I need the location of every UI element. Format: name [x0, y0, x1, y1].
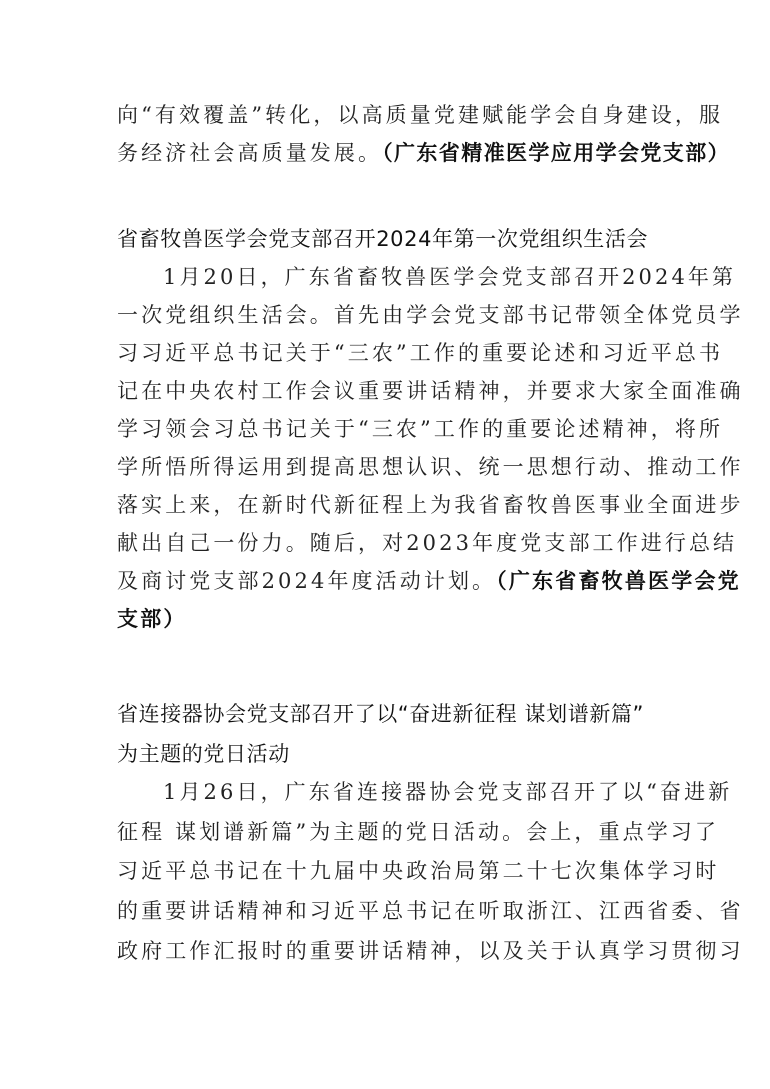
paragraph-line: 记在中央农村工作会议重要讲话精神，并要求大家全面准确: [117, 377, 657, 405]
paragraph-line: 务经济社会高质量发展。（广东省精准医学应用学会党支部）: [117, 139, 657, 167]
paragraph-line: 向“有效覆盖”转化，以高质量党建赋能学会自身建设，服: [117, 101, 657, 129]
paragraph-text: 务经济社会高质量发展。: [117, 141, 382, 165]
source-attribution: 支部）: [117, 605, 657, 633]
paragraph-line: 习近平总书记在十九届中央政治局第二十七次集体学习时: [117, 857, 657, 885]
paragraph-line: 政府工作汇报时的重要讲话精神，以及关于认真学习贯彻习: [117, 937, 657, 965]
paragraph-line: 的重要讲话精神和习近平总书记在听取浙江、江西省委、省: [117, 897, 657, 925]
paragraph-line: 及商讨党支部2024年度活动计划。（广东省畜牧兽医学会党: [117, 567, 657, 595]
paragraph-line: 献出自己一份力。随后，对2023年度党支部工作进行总结: [117, 529, 657, 557]
paragraph-line: 1月20日，广东省畜牧兽医学会党支部召开2024年第: [163, 263, 703, 291]
article-title: 省畜牧兽医学会党支部召开2024年第一次党组织生活会: [117, 225, 648, 253]
source-attribution: （广东省畜牧兽医学会党: [496, 569, 741, 593]
document-page: 向“有效覆盖”转化，以高质量党建赋能学会自身建设，服 务经济社会高质量发展。（广…: [0, 0, 770, 1089]
paragraph-line: 习习近平总书记关于“三农”工作的重要论述和习近平总书: [117, 339, 657, 367]
paragraph-text: 及商讨党支部2024年度活动计划。: [117, 569, 496, 593]
paragraph-line: 征程 谋划谱新篇”为主题的党日活动。会上，重点学习了: [117, 818, 657, 846]
paragraph-line: 学所悟所得运用到提高思想认识、统一思想行动、推动工作: [117, 453, 657, 481]
paragraph-line: 落实上来，在新时代新征程上为我省畜牧兽医事业全面进步: [117, 491, 657, 519]
source-attribution: （广东省精准医学应用学会党支部）: [382, 141, 730, 165]
paragraph-line: 学习领会习总书记关于“三农”工作的重要论述精神，将所: [117, 415, 657, 443]
paragraph-line: 1月26日，广东省连接器协会党支部召开了以“奋进新: [163, 778, 703, 806]
article-title: 省连接器协会党支部召开了以“奋进新征程 谋划谱新篇”: [117, 700, 644, 728]
article-title: 为主题的党日活动: [117, 740, 290, 768]
paragraph-line: 一次党组织生活会。首先由学会党支部书记带领全体党员学: [117, 301, 657, 329]
